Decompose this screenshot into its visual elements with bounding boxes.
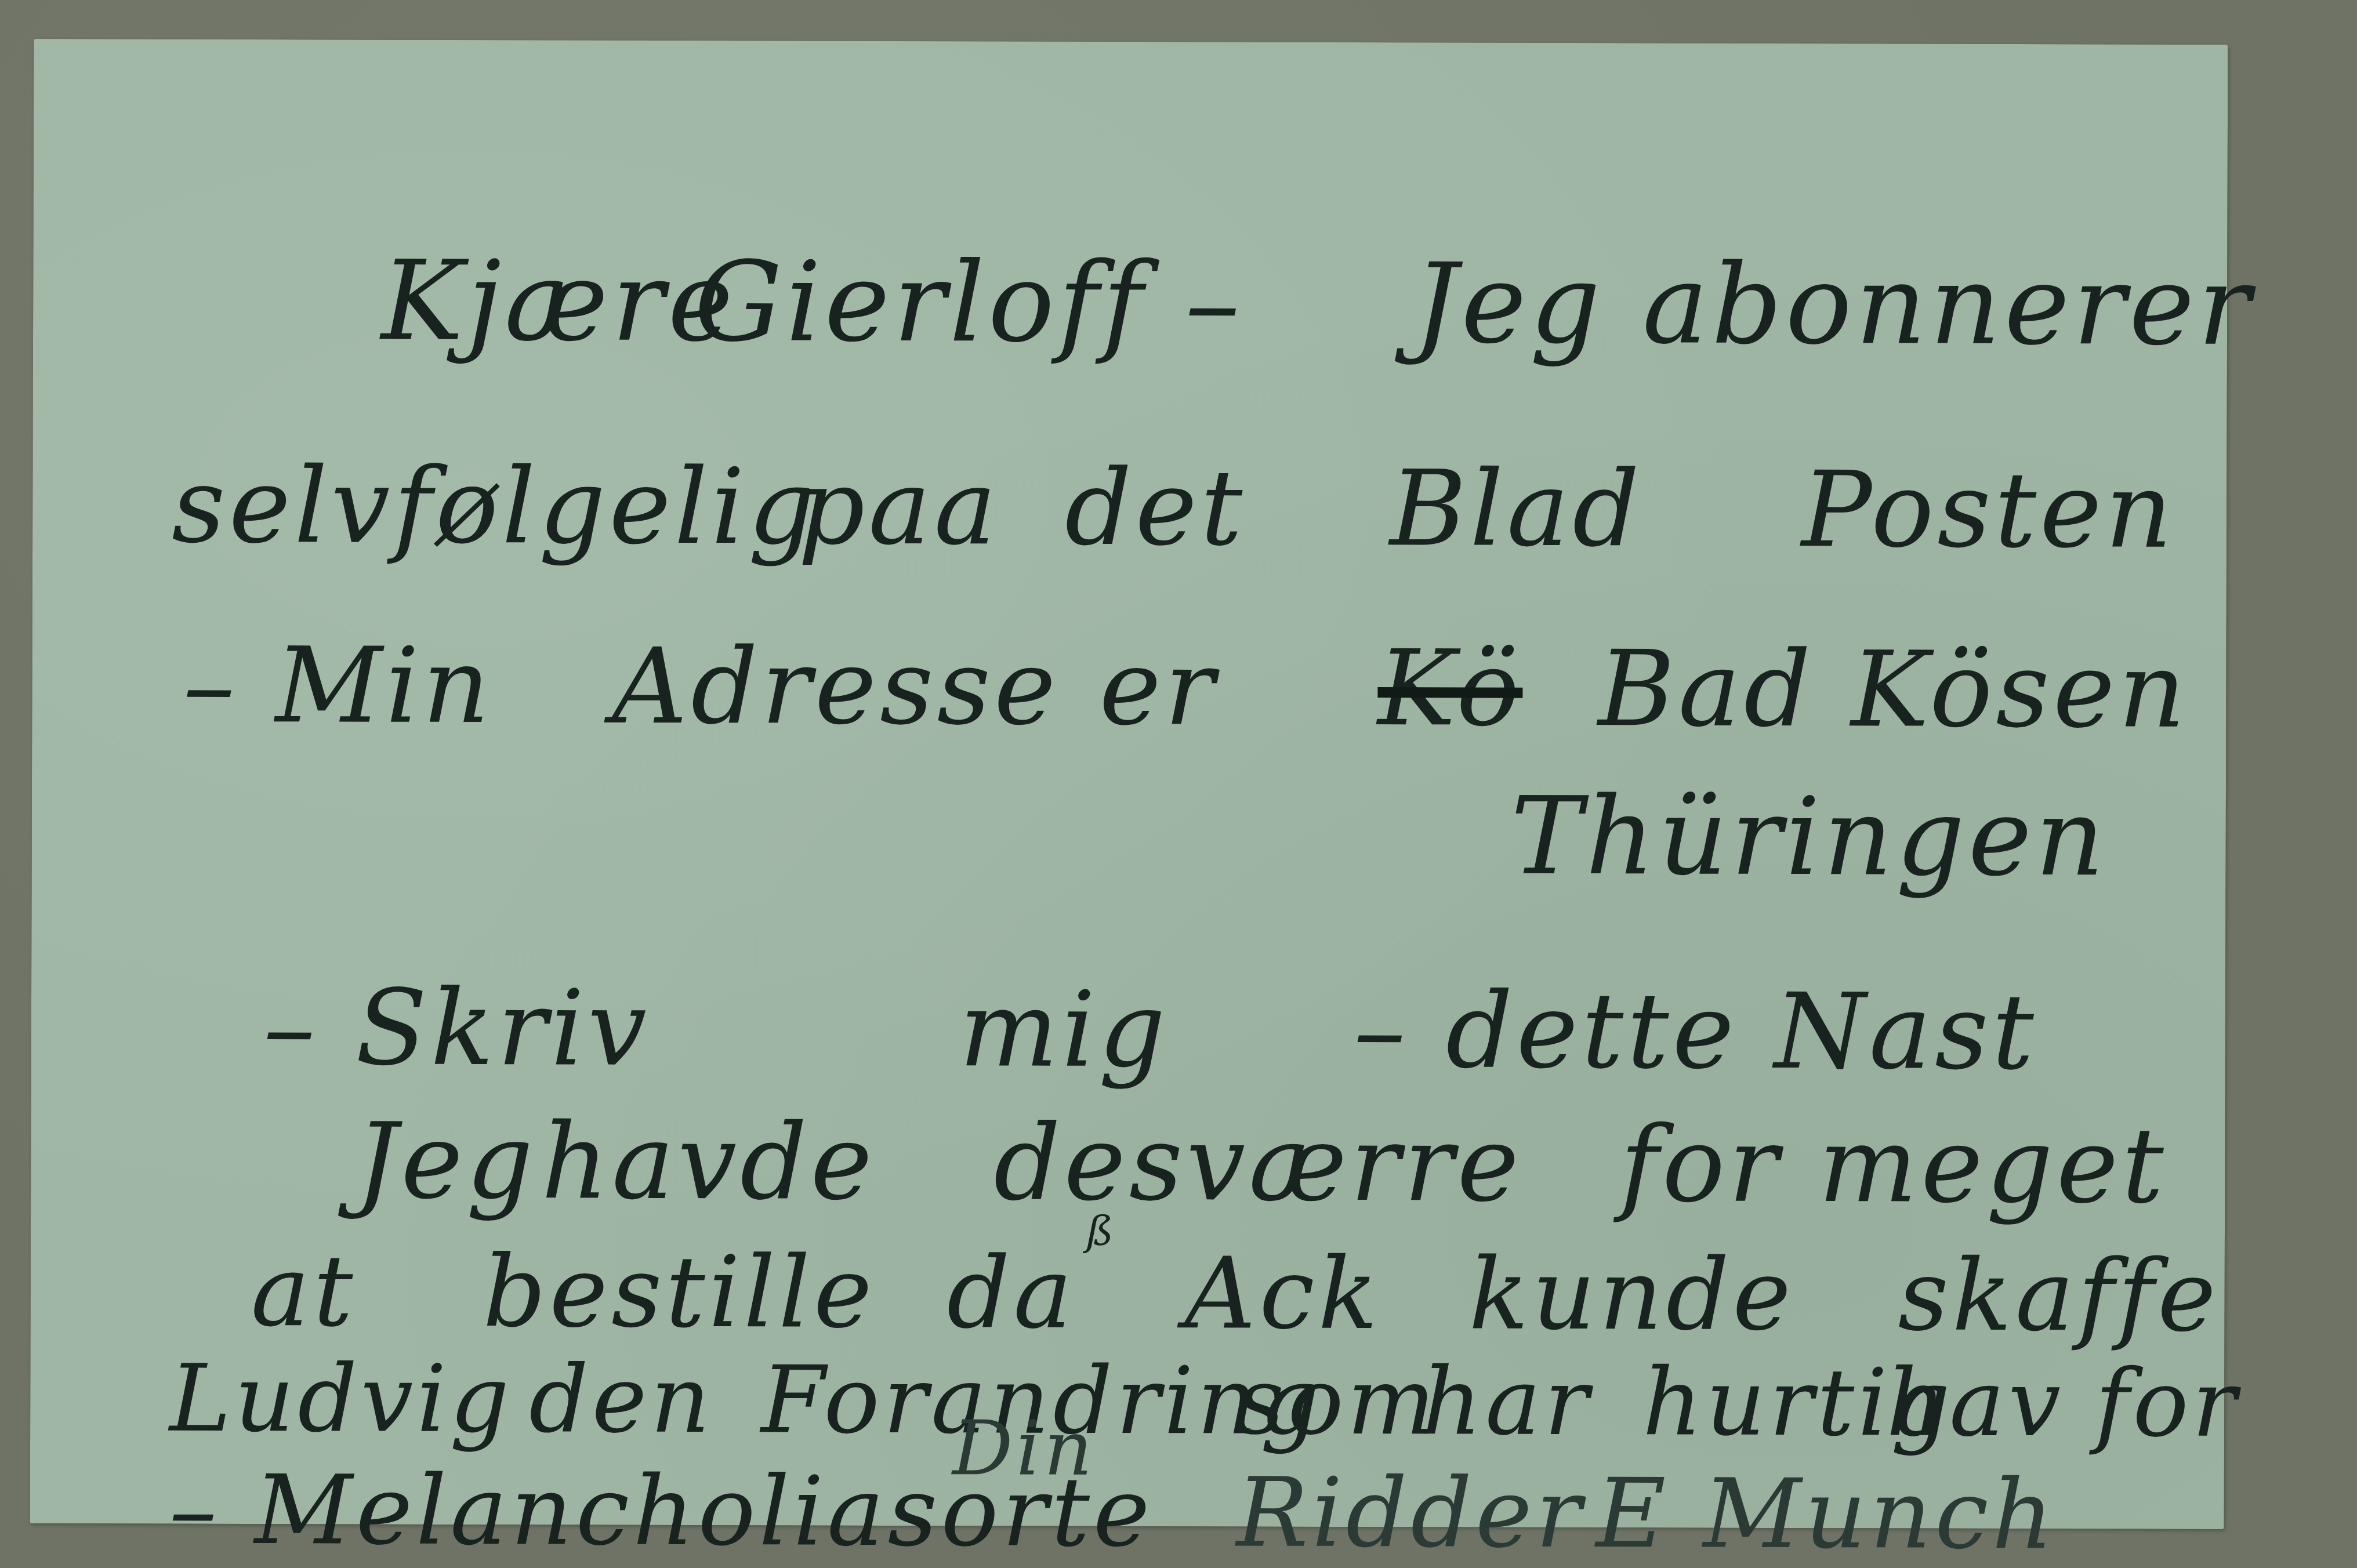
word: – Skriv [263,967,650,1090]
word: Kjære [381,237,737,366]
signature: E Munch [1595,1458,2057,1568]
word: mig [959,969,1169,1091]
word: det [1065,448,1246,569]
word: sorte [888,1456,1153,1568]
word: Posten [1801,449,2176,572]
word: Gierloff – [694,238,1244,367]
word: desværre [993,1102,1522,1225]
word: paa [798,447,1000,569]
word: for [2095,1349,2240,1458]
letter-card: Kjære Gierloff – Jeg abonnerer selvfølge… [30,39,2228,1529]
word: har [1422,1347,1592,1456]
superscript-mark: ß [1086,1207,1117,1255]
word: som [1236,1346,1439,1456]
word: kunde [1468,1237,1794,1353]
word: Thüringen [1510,774,2108,901]
word: Adresse [612,626,1060,749]
word: Ridder [1236,1457,1584,1568]
word: hav [1886,1348,2064,1457]
word: Bad Kösen [1598,629,2189,752]
word: da [947,1236,1076,1351]
word: skaffe [1898,1238,2220,1353]
word: Jeg [356,1101,536,1223]
struck-word: Kö [1377,628,1523,750]
word: – Min [183,625,494,747]
word: bestille [483,1235,875,1351]
word: er [1099,627,1218,749]
word: Jeg abonnerer [1413,239,2254,370]
word: for meget [1620,1104,2167,1226]
word: Ack [1184,1236,1381,1352]
word: havde [541,1101,876,1224]
word: at [251,1234,356,1349]
word: selvfølgelig [172,445,818,568]
word: Blad [1390,448,1643,570]
word: den [529,1345,714,1454]
word: – Melancholias [169,1454,940,1567]
word: – dette Nast [1354,970,2037,1093]
word: Ludvig [169,1344,513,1454]
